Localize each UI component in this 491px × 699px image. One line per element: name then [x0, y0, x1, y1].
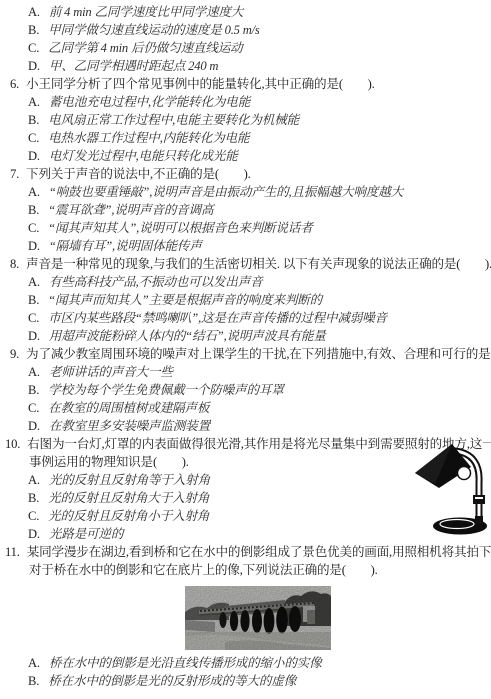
option-6c: C.电热水器工作过程中,内能转化为电能 [0, 129, 491, 147]
question-7-stem: 7.下列关于声音的说法中,不正确的是( ). [0, 165, 491, 183]
option-label: A. [28, 95, 40, 109]
option-label: B. [28, 674, 39, 688]
option-label: A. [28, 365, 40, 379]
option-text: 光路是可逆的 [49, 527, 123, 541]
option-label: B. [28, 203, 39, 217]
option-text: “响鼓也要重锤敲”,说明声音是由振动产生的,且振幅越大响度越大 [49, 185, 403, 199]
option-7d: D.“隔墙有耳”,说明固体能传声 [0, 237, 491, 255]
question-number: 7. [10, 167, 19, 181]
option-text: 电风扇正常工作过程中,电能主要转化为机械能 [48, 113, 299, 127]
option-label: A. [28, 5, 40, 19]
option-label: C. [28, 311, 39, 325]
question-9-stem: 9.为了减少教室周围环境的噪声对上课学生的干扰,在下列措施中,有效、合理和可行的… [0, 345, 491, 363]
stem-text: 对于桥在水中的倒影和它在底片上的像,下列说法正确的是( ). [29, 563, 378, 577]
option-text: 电热水器工作过程中,内能转化为电能 [48, 131, 249, 145]
option-text: 在教室里多安装噪声监测装置 [49, 419, 210, 433]
option-text: 桥在水中的倒影是光的反射形成的等大的虚像 [48, 674, 296, 688]
option-11b: B.桥在水中的倒影是光的反射形成的等大的虚像 [0, 672, 491, 690]
option-text: “闻其声知其人”,说明可以根据音色来判断说话者 [48, 221, 312, 235]
option-text: 桥在水中的倒影是光沿直线传播形成的缩小的实像 [49, 656, 322, 670]
option-label: D. [28, 59, 40, 73]
option-label: B. [28, 383, 39, 397]
stem-text: 小王同学分析了四个常见事例中的能量转化,其中正确的是( ). [26, 77, 375, 91]
option-text: 光的反射且反射角小于入射角 [48, 509, 209, 523]
option-9d: D.在教室里多安装噪声监测装置 [0, 417, 491, 435]
option-text: 电灯发光过程中,电能只转化成光能 [49, 149, 238, 163]
option-8a: A.有些高科技产品,不振动也可以发出声音 [0, 273, 491, 291]
option-7a: A.“响鼓也要重锤敲”,说明声音是由振动产生的,且振幅越大响度越大 [0, 183, 491, 201]
option-text: 学校为每个学生免费佩戴一个防噪声的耳罩 [48, 383, 283, 397]
option-label: C. [28, 221, 39, 235]
option-text: 甲同学做匀速直线运动的速度是 0.5 m/s [48, 23, 259, 37]
question-8-stem: 8.声音是一种常见的现象,与我们的生活密切相关. 以下有关声现象的说法正确的是(… [0, 255, 491, 273]
option-text: 老师讲话的声音大一些 [49, 365, 173, 379]
option-7c: C.“闻其声知其人”,说明可以根据音色来判断说话者 [0, 219, 491, 237]
question-number: 10. [5, 437, 20, 451]
option-text: 用超声波能粉碎人体内的“结石”,说明声波具有能量 [49, 329, 326, 343]
option-label: D. [28, 239, 40, 253]
stem-text: 某同学漫步在湖边,看到桥和它在水中的倒影组成了景色优美的画面,用照相机将其拍下. [27, 545, 491, 559]
option-label: A. [28, 473, 40, 487]
option-label: A. [28, 656, 40, 670]
option-5d: D.甲、乙同学相遇时距起点 240 m [0, 57, 491, 75]
option-text: 蓄电池充电过程中,化学能转化为电能 [49, 95, 250, 109]
option-5b: B.甲同学做匀速直线运动的速度是 0.5 m/s [0, 21, 491, 39]
option-11a: A.桥在水中的倒影是光沿直线传播形成的缩小的实像 [0, 654, 491, 672]
option-text: 乙同学第 4 min 后仍做匀速直线运动 [48, 41, 242, 55]
question-number: 6. [10, 77, 19, 91]
question-6-stem: 6.小王同学分析了四个常见事例中的能量转化,其中正确的是( ). [0, 75, 491, 93]
option-label: D. [28, 149, 40, 163]
option-label: A. [28, 185, 40, 199]
option-text: 在教室的周围植树或建隔声板 [48, 401, 209, 415]
question-11-stem: 11.某同学漫步在湖边,看到桥和它在水中的倒影组成了景色优美的画面,用照相机将其… [0, 543, 491, 561]
desk-lamp-figure [411, 440, 488, 536]
option-text: 光的反射且反射角等于入射角 [49, 473, 210, 487]
option-text: 甲、乙同学相遇时距起点 240 m [49, 59, 218, 73]
option-8d: D.用超声波能粉碎人体内的“结石”,说明声波具有能量 [0, 327, 491, 345]
bridge-photo [185, 586, 331, 650]
option-text: 前 4 min 乙同学速度比甲同学速度大 [49, 5, 243, 19]
stem-text: 下列关于声音的说法中,不正确的是( ). [26, 167, 251, 181]
option-8c: C.市区内某些路段“禁鸣喇叭”,这是在声音传播的过程中减弱噪音 [0, 309, 491, 327]
option-7b: B.“震耳欲聋”,说明声音的音调高 [0, 201, 491, 219]
stem-text: 事例运用的物理知识是( ). [29, 455, 189, 469]
option-label: B. [28, 491, 39, 505]
option-label: C. [28, 509, 39, 523]
option-6d: D.电灯发光过程中,电能只转化成光能 [0, 147, 491, 165]
option-label: A. [28, 275, 40, 289]
option-9b: B.学校为每个学生免费佩戴一个防噪声的耳罩 [0, 381, 491, 399]
option-label: D. [28, 527, 40, 541]
option-label: C. [28, 131, 39, 145]
option-label: C. [28, 401, 39, 415]
option-6b: B.电风扇正常工作过程中,电能主要转化为机械能 [0, 111, 491, 129]
question-number: 11. [5, 545, 20, 559]
option-label: B. [28, 23, 39, 37]
question-11-stem-cont: 对于桥在水中的倒影和它在底片上的像,下列说法正确的是( ). [0, 561, 491, 579]
option-5a: A.前 4 min 乙同学速度比甲同学速度大 [0, 3, 491, 21]
question-number: 8. [10, 257, 19, 271]
option-text: 市区内某些路段“禁鸣喇叭”,这是在声音传播的过程中减弱噪音 [48, 311, 387, 325]
option-text: 有些高科技产品,不振动也可以发出声音 [49, 275, 263, 289]
option-9a: A.老师讲话的声音大一些 [0, 363, 491, 381]
option-label: D. [28, 419, 40, 433]
option-8b: B.“闻其声而知其人”主要是根据声音的响度来判断的 [0, 291, 491, 309]
option-label: B. [28, 293, 39, 307]
option-label: D. [28, 329, 40, 343]
option-text: 光的反射且反射角大于入射角 [48, 491, 209, 505]
option-9c: C.在教室的周围植树或建隔声板 [0, 399, 491, 417]
option-5c: C.乙同学第 4 min 后仍做匀速直线运动 [0, 39, 491, 57]
stem-text: 声音是一种常见的现象,与我们的生活密切相关. 以下有关声现象的说法正确的是( )… [26, 257, 491, 271]
option-text: “震耳欲聋”,说明声音的音调高 [48, 203, 213, 217]
option-text: “隔墙有耳”,说明固体能传声 [49, 239, 202, 253]
option-label: C. [28, 41, 39, 55]
stem-text: 为了减少教室周围环境的噪声对上课学生的干扰,在下列措施中,有效、合理和可行的是(… [26, 347, 491, 361]
question-number: 9. [10, 347, 19, 361]
option-label: B. [28, 113, 39, 127]
option-text: “闻其声而知其人”主要是根据声音的响度来判断的 [48, 293, 322, 307]
option-6a: A.蓄电池充电过程中,化学能转化为电能 [0, 93, 491, 111]
exam-page: A.前 4 min 乙同学速度比甲同学速度大 B.甲同学做匀速直线运动的速度是 … [0, 0, 491, 699]
